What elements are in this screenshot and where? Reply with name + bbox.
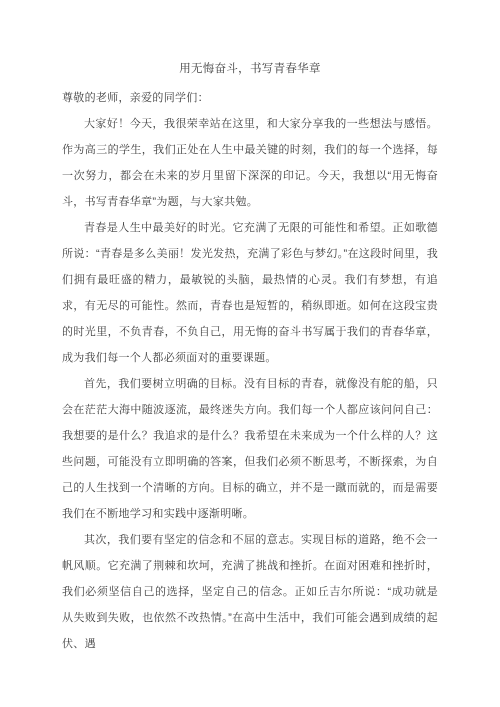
paragraph-youth: 青春是人生中最美好的时光。它充满了无限的可能性和希望。正如歌德所说：“青春是多么… <box>62 215 438 371</box>
paragraph-intro: 大家好！今天，我很荣幸站在这里，和大家分享我的一些想法与感悟。作为高三的学生，我… <box>62 111 438 215</box>
document-content: 用无悔奋斗，书写青春华章 尊敬的老师，亲爱的同学们： 大家好！今天，我很荣幸站在… <box>62 0 438 657</box>
document-title: 用无悔奋斗，书写青春华章 <box>62 55 438 83</box>
salutation: 尊敬的老师，亲爱的同学们： <box>62 85 438 111</box>
paragraph-conviction: 其次，我们要有坚定的信念和不屈的意志。实现目标的道路，绝不会一帆风顺。它充满了荆… <box>62 527 438 657</box>
document-page: 用无悔奋斗，书写青春华章 尊敬的老师，亲爱的同学们： 大家好！今天，我很荣幸站在… <box>0 0 500 707</box>
paragraph-goals: 首先，我们要树立明确的目标。没有目标的青春，就像没有舵的船，只会在茫茫大海中随波… <box>62 371 438 527</box>
